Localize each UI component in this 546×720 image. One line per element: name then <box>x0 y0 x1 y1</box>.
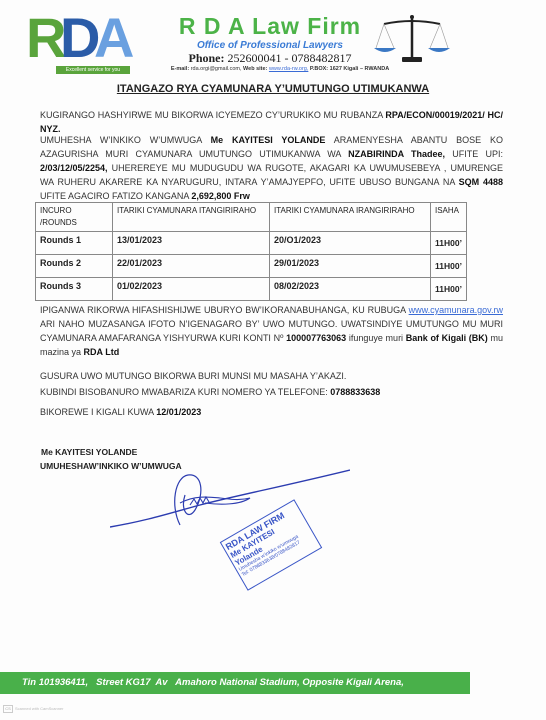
document-page: R D A Excellent service for you R D A La… <box>0 0 546 720</box>
table-cell: 20/O1/2023 <box>270 232 431 255</box>
table-cell: 22/01/2023 <box>113 255 270 278</box>
table-cell: Rounds 2 <box>36 255 113 278</box>
cyamunara-link[interactable]: www.cyamunara.gov.rw <box>409 305 503 315</box>
scanner-watermark: CSScanned with CamScanner <box>3 705 63 713</box>
logo-tagline: Excellent service for you <box>56 66 130 74</box>
bailiff-name: Me KAYITESI YOLANDE <box>211 135 326 145</box>
table-header-cell: INCURO /ROUNDS <box>36 203 113 232</box>
contact-line: KUBINDI BISOBANURO MWABARIZA KURI NOMERO… <box>40 384 503 400</box>
table-cell: 29/01/2023 <box>270 255 431 278</box>
paragraph-court-decision: KUGIRANGO HASHYIRWE MU BIKORWA ICYEMEZO … <box>40 108 503 136</box>
paragraph-visit-info: GUSURA UWO MUTUNGO BIKORWA BURI MUNSI MU… <box>40 368 503 400</box>
website-link[interactable]: www.rda-rw.org, <box>269 66 308 72</box>
table-cell: 11H00’ <box>431 255 467 278</box>
table-row: Rounds 2 22/01/2023 29/01/2023 11H00’ <box>36 255 467 278</box>
table-cell: Rounds 1 <box>36 232 113 255</box>
issue-date: 12/01/2023 <box>156 407 201 417</box>
document-title: ITANGAZO RYA CYAMUNARA Y’UMUTUNGO UTIMUK… <box>0 83 546 96</box>
auction-rounds-table: INCURO /ROUNDS ITARIKI CYAMUNARA ITANGIR… <box>35 202 467 301</box>
upi-number: 2/03/12/05/2254, <box>40 163 108 173</box>
property-area: SQM 4488 <box>459 177 503 187</box>
email-address[interactable]: rda.orgi@gmail.com, <box>191 66 242 72</box>
phone-label: Phone: <box>189 51 225 65</box>
signatory-name: Me KAYITESI YOLANDE <box>41 446 137 458</box>
visit-line: GUSURA UWO MUTUNGO BIKORWA BURI MUNSI MU… <box>40 368 503 384</box>
firm-phone: Phone: 252600041 - 0788482817 <box>165 51 375 65</box>
logo-letter-r: R <box>26 12 60 64</box>
table-header-cell: ISAHA <box>431 203 467 232</box>
footer-address-bar: Tin 101936411, Street KG17 Av Amahoro Na… <box>0 672 470 694</box>
table-row: Rounds 1 13/01/2023 20/O1/2023 11H00’ <box>36 232 467 255</box>
table-header-cell: ITARIKI CYAMUNARA IRANGIRIRAHO <box>270 203 431 232</box>
firm-name: R D A Law Firm <box>175 13 365 39</box>
account-name: RDA Ltd <box>84 347 120 357</box>
contact-phone: 0788833638 <box>330 387 380 397</box>
owner-name: NZABIRINDA Thadee, <box>348 149 445 159</box>
paragraph-auction-notice: UMUHESHA W’INKIKO W’UMWUGA Me KAYITESI Y… <box>40 133 503 203</box>
email-label: E-mail: <box>171 66 189 72</box>
property-value: 2,692,800 Frw <box>191 191 250 201</box>
website-label: Web site: <box>243 66 267 72</box>
scales-of-justice-icon <box>372 14 452 64</box>
table-cell: Rounds 3 <box>36 278 113 301</box>
table-cell: 08/02/2023 <box>270 278 431 301</box>
phone-numbers: 252600041 - 0788482817 <box>225 51 352 65</box>
table-header-row: INCURO /ROUNDS ITARIKI CYAMUNARA ITANGIR… <box>36 203 467 232</box>
table-cell: 11H00’ <box>431 232 467 255</box>
firm-contact-line: E-mail: rda.orgi@gmail.com, Web site: ww… <box>130 66 430 73</box>
po-box: P.BOX: 1627 Kigali – RWANDA <box>310 66 389 72</box>
account-number: 100007763063 <box>286 333 346 343</box>
rda-logo: R D A Excellent service for you <box>26 12 132 64</box>
table-header-cell: ITARIKI CYAMUNARA ITANGIRIRAHO <box>113 203 270 232</box>
table-row: Rounds 3 01/02/2023 08/02/2023 11H00’ <box>36 278 467 301</box>
logo-letter-a: A <box>94 12 134 64</box>
camscanner-icon: CS <box>3 705 13 713</box>
table-cell: 11H00’ <box>431 278 467 301</box>
table-cell: 01/02/2023 <box>113 278 270 301</box>
paragraph-date: BIKOREWE I KIGALI KUWA 12/01/2023 <box>40 405 503 419</box>
table-cell: 13/01/2023 <box>113 232 270 255</box>
paragraph-bidding-info: IPIGANWA RIKORWA HIFASHISHIJWE UBURYO BW… <box>40 303 503 359</box>
bank-name: Bank of Kigali (BK) <box>406 333 488 343</box>
